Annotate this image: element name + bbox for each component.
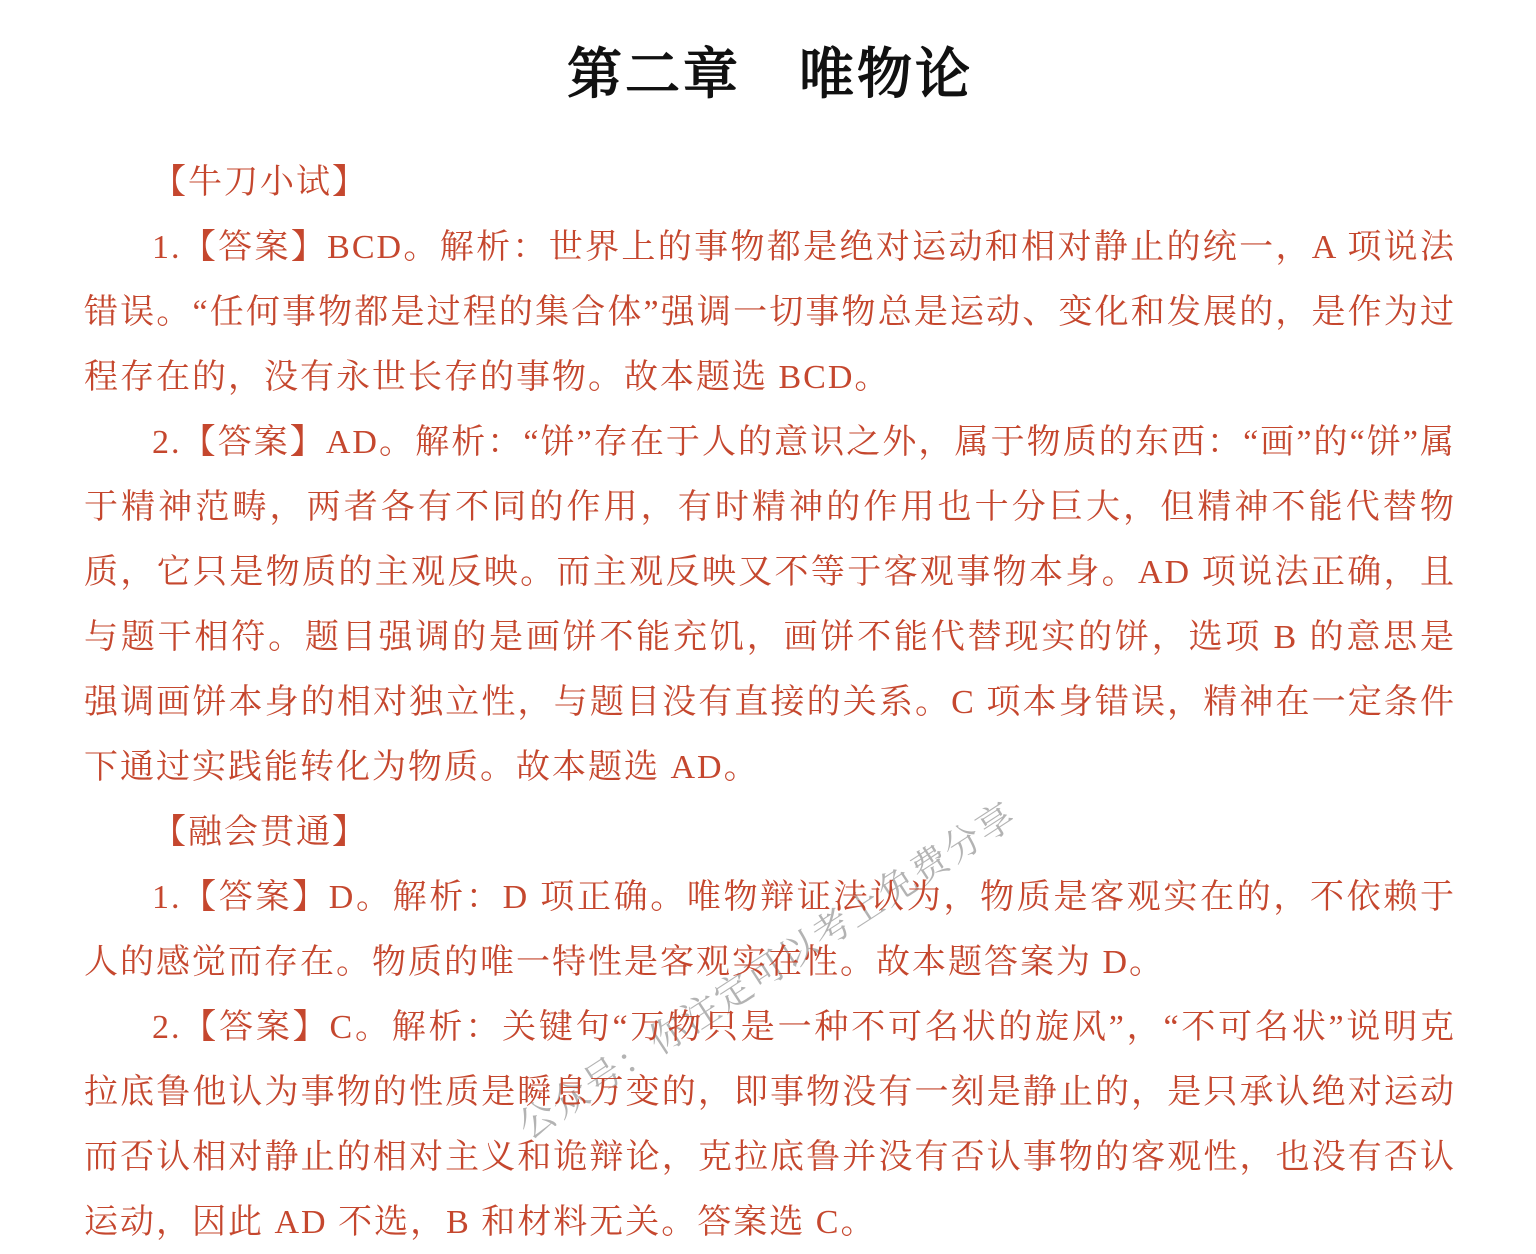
answer-key-body: 【牛刀小试】 1.【答案】BCD。解析：世界上的事物都是绝对运动和相对静止的统一… (84, 150, 1456, 1254)
answer-paragraph: 2.【答案】AD。解析：“饼”存在于人的意识之外，属于物质的东西：“画”的“饼”… (84, 410, 1456, 800)
document-page: 公众号：你注定可以考上免费分享 第二章 唯物论 【牛刀小试】 1.【答案】BCD… (0, 0, 1536, 1254)
answer-paragraph: 2.【答案】C。解析：关键句“万物只是一种不可名状的旋风”，“不可名状”说明克拉… (84, 995, 1456, 1254)
section-heading-ronghuiguantong: 【融会贯通】 (84, 800, 1456, 865)
section-heading-niudaoxiaoshi: 【牛刀小试】 (84, 150, 1456, 215)
document-content: 第二章 唯物论 【牛刀小试】 1.【答案】BCD。解析：世界上的事物都是绝对运动… (84, 0, 1456, 1254)
answer-paragraph: 1.【答案】BCD。解析：世界上的事物都是绝对运动和相对静止的统一，A 项说法错… (84, 215, 1456, 410)
answer-paragraph: 1.【答案】D。解析：D 项正确。唯物辩证法认为，物质是客观实在的，不依赖于人的… (84, 865, 1456, 995)
chapter-title: 第二章 唯物论 (84, 0, 1456, 150)
